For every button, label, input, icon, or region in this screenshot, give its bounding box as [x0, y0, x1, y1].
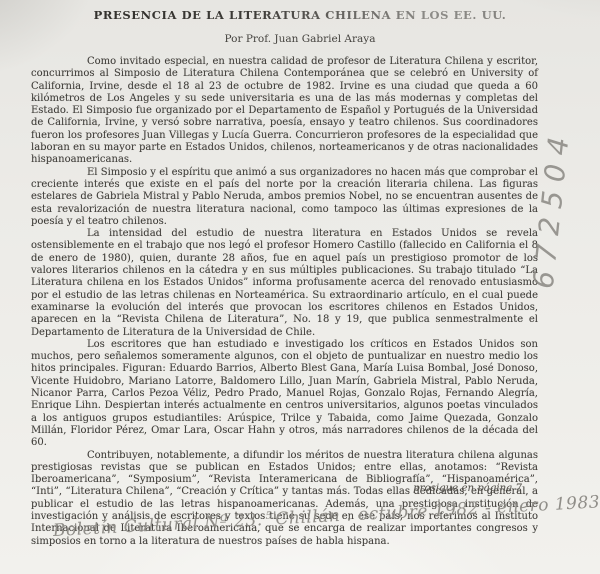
- page-title: PRESENCIA DE LA LITERATURA CHILENA EN LO…: [0, 8, 600, 22]
- paragraph: La intensidad del estudio de nuestra lit…: [31, 228, 538, 339]
- continuation-note: prosigue en página 7: [413, 483, 522, 494]
- article-body: Como invitado especial, en nuestra calid…: [31, 56, 538, 548]
- paragraph: El Simposio y el espíritu que animó a su…: [31, 167, 538, 228]
- byline: Por Prof. Juan Gabriel Araya: [0, 33, 600, 45]
- paragraph: Como invitado especial, en nuestra calid…: [31, 56, 538, 167]
- paragraph: Los escritores que han estudiado e inves…: [31, 339, 538, 450]
- handwritten-note-superscript: 5: [262, 510, 275, 522]
- scanned-document-page: PRESENCIA DE LA LITERATURA CHILENA EN LO…: [0, 0, 600, 574]
